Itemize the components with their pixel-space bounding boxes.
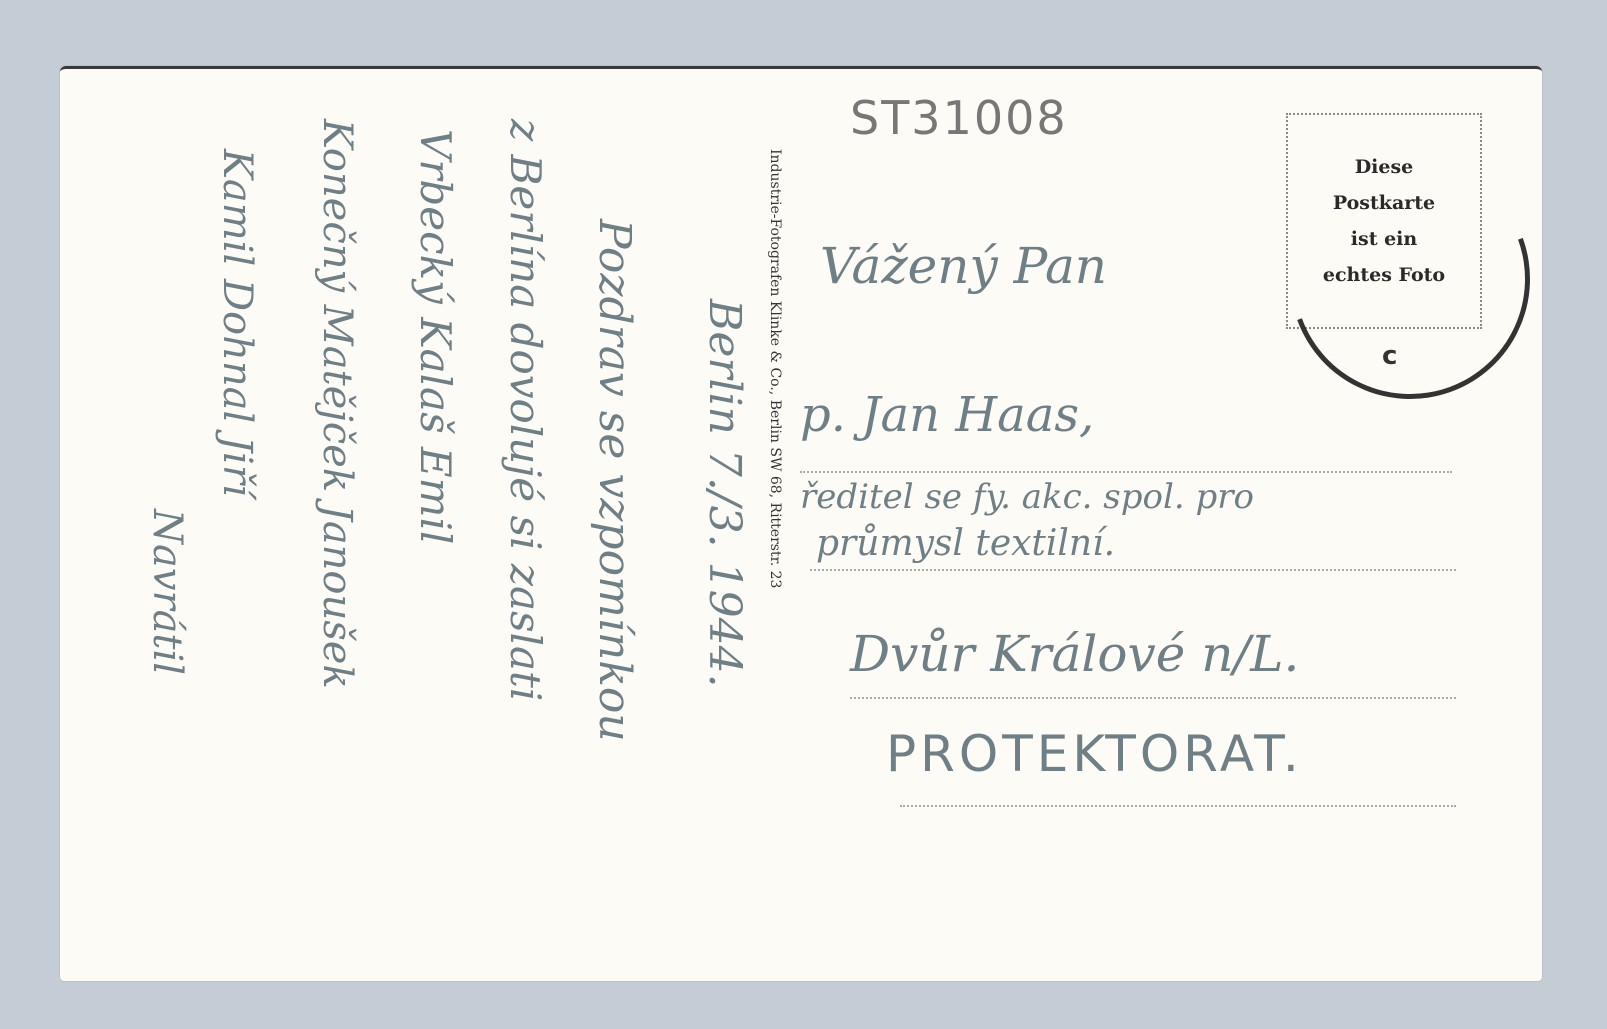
message-line: Kamil Dohnal Jiří	[214, 149, 260, 497]
message-line: Pozdrav se vzpomínkou	[589, 219, 640, 742]
date-line: Berlin 7./3. 1944.	[699, 299, 750, 688]
address-line-divider	[800, 471, 1452, 473]
reference-number: ST31008	[850, 91, 1068, 145]
address-country: PROTEKTORAT.	[886, 725, 1303, 783]
address-city: Dvůr Králové n/L.	[850, 625, 1299, 683]
address-line-divider	[900, 805, 1456, 807]
message-line: z Berlína dovolujé si zaslati	[501, 119, 550, 701]
message-line: Vrbecký Kalaš Emil	[411, 129, 460, 544]
address-name: p. Jan Haas,	[800, 387, 1094, 443]
postcard-back: ST31008 Diese Postkarte ist ein echtes F…	[60, 66, 1542, 981]
message-line: Navrátil	[144, 509, 190, 675]
message-line: Konečný Matějček Janoušek	[314, 119, 360, 689]
address-title-line1: ředitel se fy. akc. spol. pro	[800, 477, 1254, 517]
publisher-imprint: Industrie-Fotografen Klinke & Co., Berli…	[767, 149, 783, 588]
address-salutation: Vážený Pan	[820, 237, 1107, 295]
address-line-divider	[850, 697, 1456, 699]
address-line-divider	[810, 569, 1456, 571]
address-title-line2: průmysl textilní.	[816, 523, 1115, 564]
postmark-letter: c	[1382, 341, 1397, 371]
